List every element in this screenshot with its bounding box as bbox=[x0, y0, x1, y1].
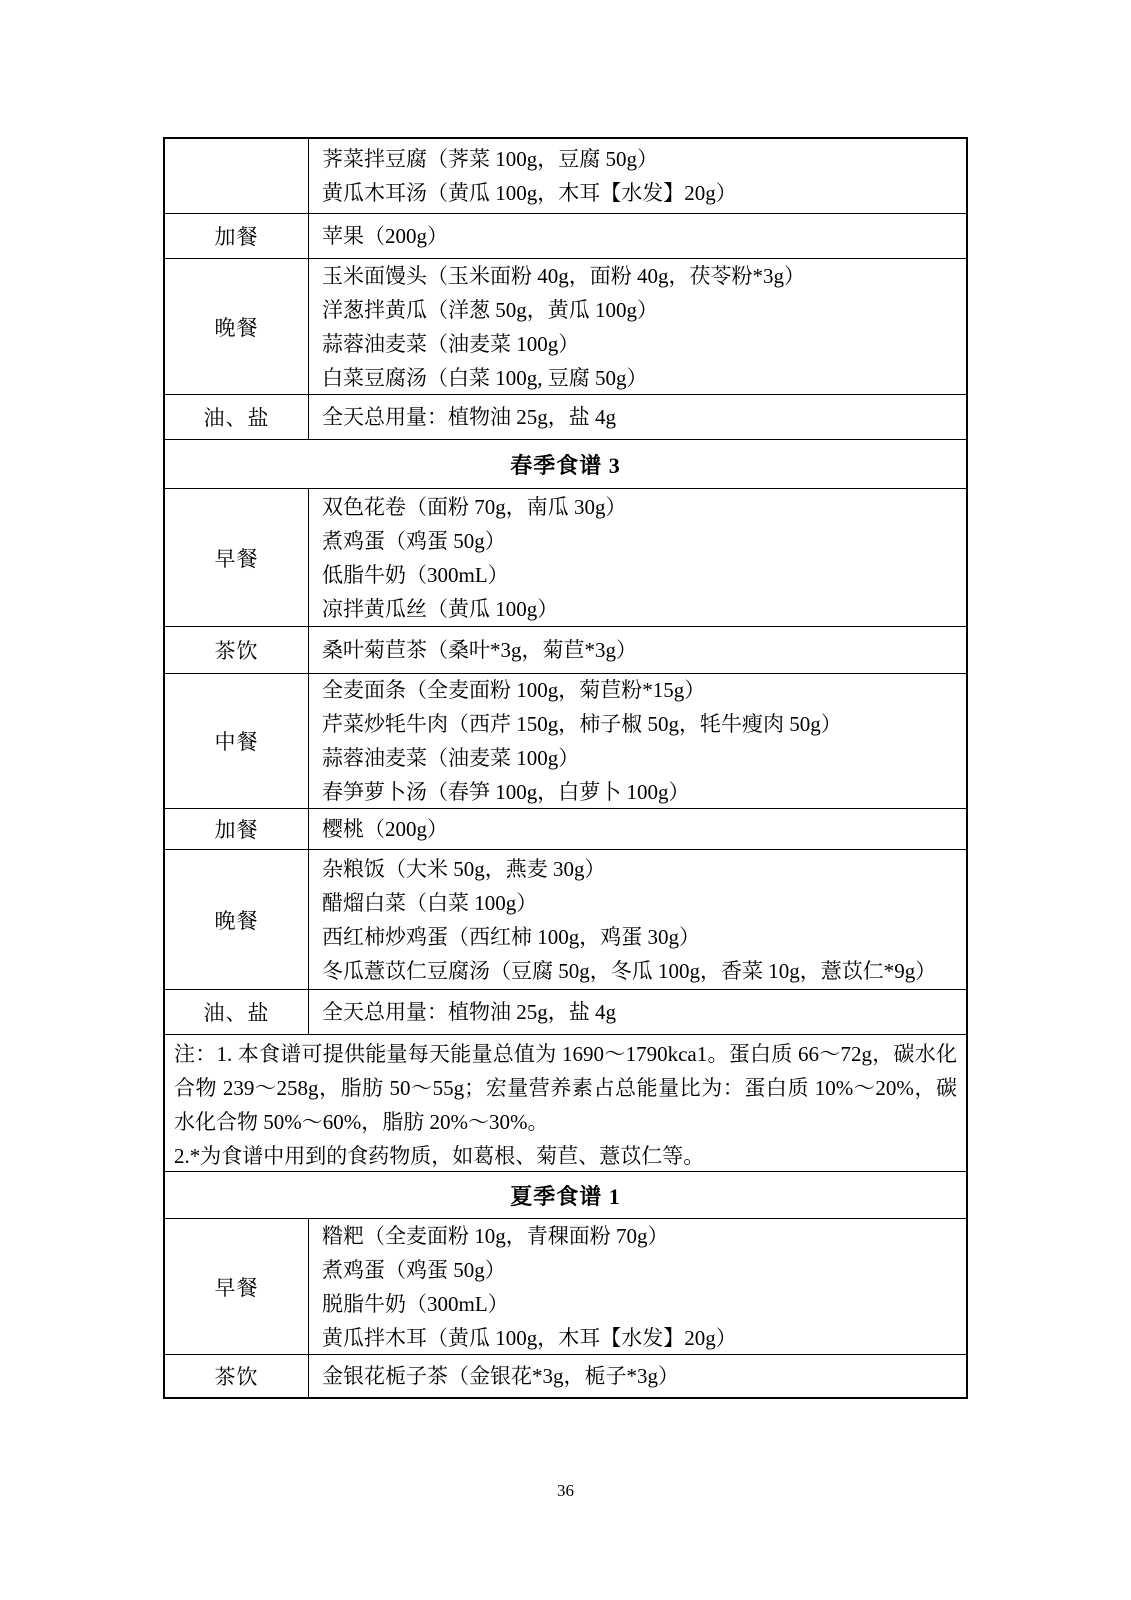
dish-item: 金银花栀子茶（金银花*3g，栀子*3g） bbox=[322, 1359, 956, 1393]
dish-list: 全天总用量：植物油 25g，盐 4g bbox=[309, 395, 966, 439]
dish-list: 苹果（200g） bbox=[309, 214, 966, 258]
dish-list: 双色花卷（面粉 70g，南瓜 30g） 煮鸡蛋（鸡蛋 50g） 低脂牛奶（300… bbox=[309, 489, 966, 626]
section-title: 春季食谱 3 bbox=[165, 449, 966, 480]
dish-item: 杂粮饭（大米 50g，燕麦 30g） bbox=[322, 852, 956, 886]
meal-label: 早餐 bbox=[165, 489, 309, 626]
meal-label: 晚餐 bbox=[165, 850, 309, 989]
section-header-row: 春季食谱 3 bbox=[165, 440, 966, 489]
meal-row: 茶饮 桑叶菊苣茶（桑叶*3g，菊苣*3g） bbox=[165, 627, 966, 674]
dish-list: 桑叶菊苣茶（桑叶*3g，菊苣*3g） bbox=[309, 627, 966, 673]
dish-item: 凉拌黄瓜丝（黄瓜 100g） bbox=[322, 592, 956, 626]
meal-label: 中餐 bbox=[165, 674, 309, 808]
page-number: 36 bbox=[0, 1481, 1131, 1501]
dish-item: 黄瓜拌木耳（黄瓜 100g，木耳【水发】20g） bbox=[322, 1321, 956, 1355]
note-line: 2.*为食谱中用到的食药物质，如葛根、菊苣、薏苡仁等。 bbox=[174, 1139, 957, 1173]
dish-item: 樱桃（200g） bbox=[322, 812, 956, 846]
dish-item: 脱脂牛奶（300mL） bbox=[322, 1287, 956, 1321]
section-header-row: 夏季食谱 1 bbox=[165, 1172, 966, 1219]
meal-label: 茶饮 bbox=[165, 627, 309, 673]
dish-item: 蒜蓉油麦菜（油麦菜 100g） bbox=[322, 741, 956, 775]
dish-item: 煮鸡蛋（鸡蛋 50g） bbox=[322, 1253, 956, 1287]
section-title: 夏季食谱 1 bbox=[165, 1180, 966, 1211]
note-line: 注：1. 本食谱可提供能量每天能量总值为 1690～1790kca1。蛋白质 6… bbox=[174, 1037, 957, 1139]
dish-item: 春笋萝卜汤（春笋 100g，白萝卜 100g） bbox=[322, 775, 956, 809]
dish-item: 苹果（200g） bbox=[322, 219, 956, 253]
dish-item: 冬瓜薏苡仁豆腐汤（豆腐 50g，冬瓜 100g，香菜 10g，薏苡仁*9g） bbox=[322, 954, 956, 988]
dish-item: 洋葱拌黄瓜（洋葱 50g，黄瓜 100g） bbox=[322, 293, 956, 327]
meal-label: 油、盐 bbox=[165, 395, 309, 439]
dish-item: 醋熘白菜（白菜 100g） bbox=[322, 886, 956, 920]
dish-list: 杂粮饭（大米 50g，燕麦 30g） 醋熘白菜（白菜 100g） 西红柿炒鸡蛋（… bbox=[309, 850, 966, 989]
dish-list: 樱桃（200g） bbox=[309, 809, 966, 849]
meal-row: 油、盐 全天总用量：植物油 25g，盐 4g bbox=[165, 990, 966, 1035]
dish-item: 荠菜拌豆腐（荠菜 100g，豆腐 50g） bbox=[322, 142, 956, 176]
meal-row: 油、盐 全天总用量：植物油 25g，盐 4g bbox=[165, 395, 966, 440]
meal-row: 早餐 糌粑（全麦面粉 10g，青稞面粉 70g） 煮鸡蛋（鸡蛋 50g） 脱脂牛… bbox=[165, 1219, 966, 1355]
document-page: 荠菜拌豆腐（荠菜 100g，豆腐 50g） 黄瓜木耳汤（黄瓜 100g，木耳【水… bbox=[0, 0, 1131, 1600]
table-notes: 注：1. 本食谱可提供能量每天能量总值为 1690～1790kca1。蛋白质 6… bbox=[165, 1035, 966, 1175]
dish-list: 荠菜拌豆腐（荠菜 100g，豆腐 50g） 黄瓜木耳汤（黄瓜 100g，木耳【水… bbox=[309, 139, 966, 213]
meal-label: 加餐 bbox=[165, 214, 309, 258]
dish-item: 煮鸡蛋（鸡蛋 50g） bbox=[322, 524, 956, 558]
meal-label: 晚餐 bbox=[165, 259, 309, 394]
diet-recipe-table: 荠菜拌豆腐（荠菜 100g，豆腐 50g） 黄瓜木耳汤（黄瓜 100g，木耳【水… bbox=[163, 137, 968, 1399]
dish-item: 双色花卷（面粉 70g，南瓜 30g） bbox=[322, 490, 956, 524]
dish-list: 金银花栀子茶（金银花*3g，栀子*3g） bbox=[309, 1355, 966, 1397]
dish-item: 桑叶菊苣茶（桑叶*3g，菊苣*3g） bbox=[322, 633, 956, 667]
meal-label: 早餐 bbox=[165, 1219, 309, 1354]
dish-item: 蒜蓉油麦菜（油麦菜 100g） bbox=[322, 327, 956, 361]
meal-row: 晚餐 玉米面馒头（玉米面粉 40g，面粉 40g，茯苓粉*3g） 洋葱拌黄瓜（洋… bbox=[165, 259, 966, 395]
dish-item: 芹菜炒牦牛肉（西芹 150g，柿子椒 50g，牦牛瘦肉 50g） bbox=[322, 707, 956, 741]
dish-item: 全天总用量：植物油 25g，盐 4g bbox=[322, 400, 956, 434]
dish-item: 黄瓜木耳汤（黄瓜 100g，木耳【水发】20g） bbox=[322, 176, 956, 210]
dish-item: 全麦面条（全麦面粉 100g，菊苣粉*15g） bbox=[322, 673, 956, 707]
meal-row: 早餐 双色花卷（面粉 70g，南瓜 30g） 煮鸡蛋（鸡蛋 50g） 低脂牛奶（… bbox=[165, 489, 966, 627]
meal-row: 加餐 樱桃（200g） bbox=[165, 809, 966, 850]
meal-row: 晚餐 杂粮饭（大米 50g，燕麦 30g） 醋熘白菜（白菜 100g） 西红柿炒… bbox=[165, 850, 966, 990]
meal-label: 油、盐 bbox=[165, 990, 309, 1034]
meal-row: 茶饮 金银花栀子茶（金银花*3g，栀子*3g） bbox=[165, 1355, 966, 1397]
dish-item: 西红柿炒鸡蛋（西红柿 100g，鸡蛋 30g） bbox=[322, 920, 956, 954]
dish-item: 全天总用量：植物油 25g，盐 4g bbox=[322, 995, 956, 1029]
meal-label: 茶饮 bbox=[165, 1355, 309, 1397]
dish-list: 全天总用量：植物油 25g，盐 4g bbox=[309, 990, 966, 1034]
dish-item: 低脂牛奶（300mL） bbox=[322, 558, 956, 592]
meal-row: 荠菜拌豆腐（荠菜 100g，豆腐 50g） 黄瓜木耳汤（黄瓜 100g，木耳【水… bbox=[165, 139, 966, 214]
meal-row: 中餐 全麦面条（全麦面粉 100g，菊苣粉*15g） 芹菜炒牦牛肉（西芹 150… bbox=[165, 674, 966, 809]
note-row: 注：1. 本食谱可提供能量每天能量总值为 1690～1790kca1。蛋白质 6… bbox=[165, 1035, 966, 1172]
meal-label: 加餐 bbox=[165, 809, 309, 849]
dish-item: 玉米面馒头（玉米面粉 40g，面粉 40g，茯苓粉*3g） bbox=[322, 259, 956, 293]
dish-item: 糌粑（全麦面粉 10g，青稞面粉 70g） bbox=[322, 1219, 956, 1253]
meal-label bbox=[165, 139, 309, 213]
dish-item: 白菜豆腐汤（白菜 100g, 豆腐 50g） bbox=[322, 361, 956, 395]
dish-list: 玉米面馒头（玉米面粉 40g，面粉 40g，茯苓粉*3g） 洋葱拌黄瓜（洋葱 5… bbox=[309, 259, 966, 394]
meal-row: 加餐 苹果（200g） bbox=[165, 214, 966, 259]
dish-list: 糌粑（全麦面粉 10g，青稞面粉 70g） 煮鸡蛋（鸡蛋 50g） 脱脂牛奶（3… bbox=[309, 1219, 966, 1354]
dish-list: 全麦面条（全麦面粉 100g，菊苣粉*15g） 芹菜炒牦牛肉（西芹 150g，柿… bbox=[309, 674, 966, 808]
